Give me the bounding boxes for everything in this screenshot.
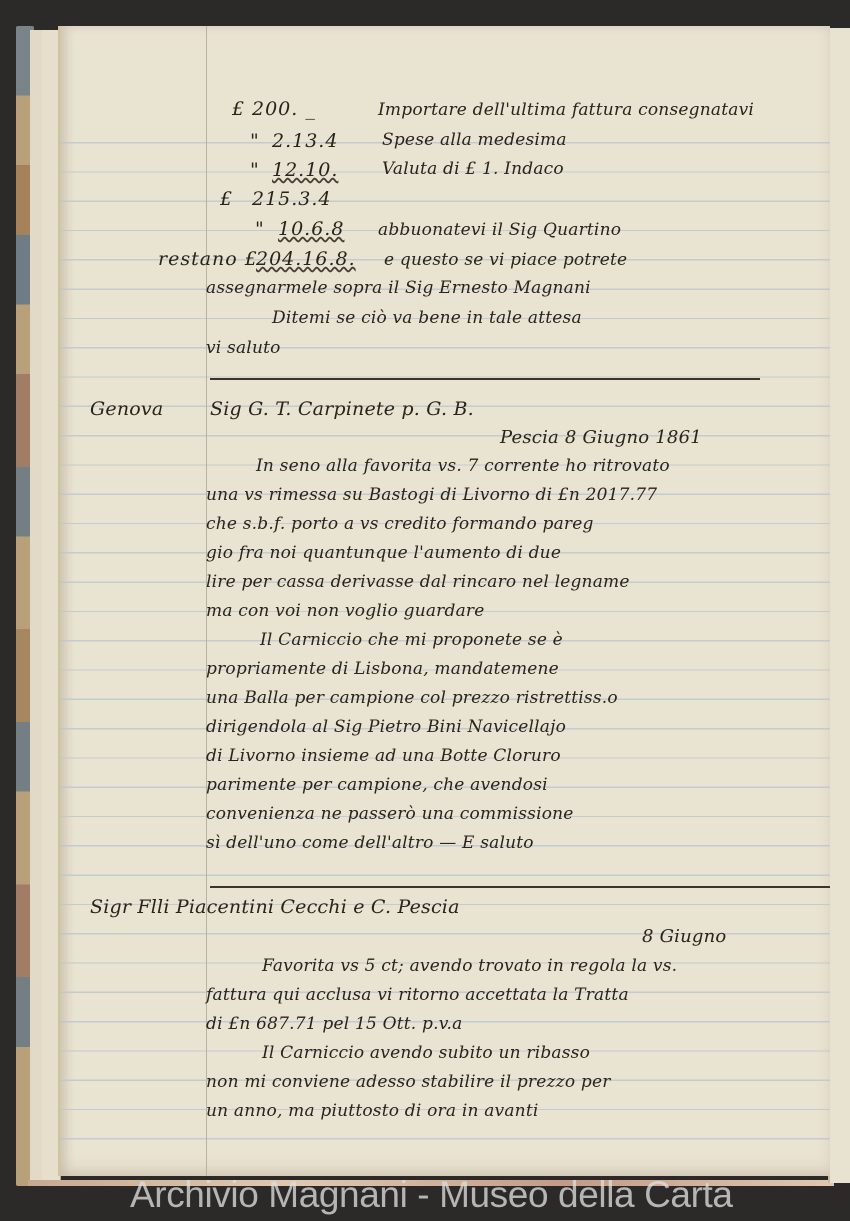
archive-watermark: Archivio Magnani - Museo della Carta: [130, 1174, 840, 1220]
recipient-salutation: Sigr Flli Piacentini Cecchi e C. Pescia: [90, 896, 460, 918]
account-description: Importare dell'ultima fattura consegnata…: [378, 100, 754, 120]
account-description: Spese alla medesima: [382, 130, 567, 150]
account-prefix: restano £: [158, 248, 258, 270]
letter-line: fattura qui acclusa vi ritorno accettata…: [206, 985, 629, 1005]
facing-page-edge: [828, 28, 850, 1183]
recipient-name: Sig G. T. Carpinete p. G. B.: [210, 398, 474, 420]
letter-line: sì dell'uno come dell'altro — E saluto: [206, 833, 534, 853]
letter-line: che s.b.f. porto a vs credito formando p…: [206, 514, 594, 534]
manuscript-page: £ 200. _ Importare dell'ultima fattura c…: [58, 26, 830, 1176]
account-balance: 204.16.8.: [256, 248, 356, 270]
recipient-city: Genova: [90, 398, 163, 420]
account-prefix: ": [250, 130, 260, 152]
account-prefix: ": [250, 159, 260, 181]
account-amount: 12.10.: [272, 159, 338, 181]
letter-line: parimente per campione, che avendosi: [206, 775, 548, 795]
account-prefix: ": [255, 218, 265, 240]
letter-line: Il Carniccio che mi proponete se è: [260, 630, 563, 650]
section-divider: [210, 886, 830, 888]
letter-line: gio fra noi quantunque l'aumento di due: [206, 543, 561, 563]
letter-line: ma con voi non voglio guardare: [206, 601, 485, 621]
account-total: 215.3.4: [252, 188, 332, 210]
letter-line: dirigendola al Sig Pietro Bini Navicella…: [206, 717, 566, 737]
account-prefix: £: [220, 188, 233, 210]
letter-line: Favorita vs 5 ct; avendo trovato in rego…: [262, 956, 677, 976]
account-amount: 200. _: [252, 98, 316, 120]
letter-dateline: Pescia 8 Giugno 1861: [500, 427, 702, 448]
letter-line: di Livorno insieme ad una Botte Cloruro: [206, 746, 561, 766]
section-divider: [210, 378, 760, 380]
letter-line: Il Carniccio avendo subito un ribasso: [262, 1043, 590, 1063]
account-description: abbuonatevi il Sig Quartino: [378, 220, 621, 240]
letter-line: una Balla per campione col prezzo ristre…: [206, 688, 618, 708]
account-description: e questo se vi piace potrete: [384, 250, 627, 270]
letter-line: non mi conviene adesso stabilire il prez…: [206, 1072, 611, 1092]
letter-line: In seno alla favorita vs. 7 corrente ho …: [256, 456, 670, 476]
account-amount: 2.13.4: [272, 130, 338, 152]
letter-line: lire per cassa derivasse dal rincaro nel…: [206, 572, 630, 592]
account-amount: 10.6.8: [278, 218, 344, 240]
letter-line: di £n 687.71 pel 15 Ott. p.v.a: [206, 1014, 462, 1034]
letter-line: convenienza ne passerò una commissione: [206, 804, 574, 824]
account-prefix: £: [232, 98, 245, 120]
letter-date: 8 Giugno: [642, 926, 726, 947]
letter-line: propriamente di Lisbona, mandatemene: [206, 659, 559, 679]
letter-line: assegnarmele sopra il Sig Ernesto Magnan…: [206, 278, 591, 298]
letter-line: Ditemi se ciò va bene in tale attesa: [272, 308, 582, 328]
letter-line: un anno, ma piuttosto di ora in avanti: [206, 1101, 539, 1121]
letter-line: vi saluto: [206, 338, 281, 358]
letter-line: una vs rimessa su Bastogi di Livorno di …: [206, 485, 657, 505]
account-description: Valuta di £ 1. Indaco: [382, 159, 564, 179]
